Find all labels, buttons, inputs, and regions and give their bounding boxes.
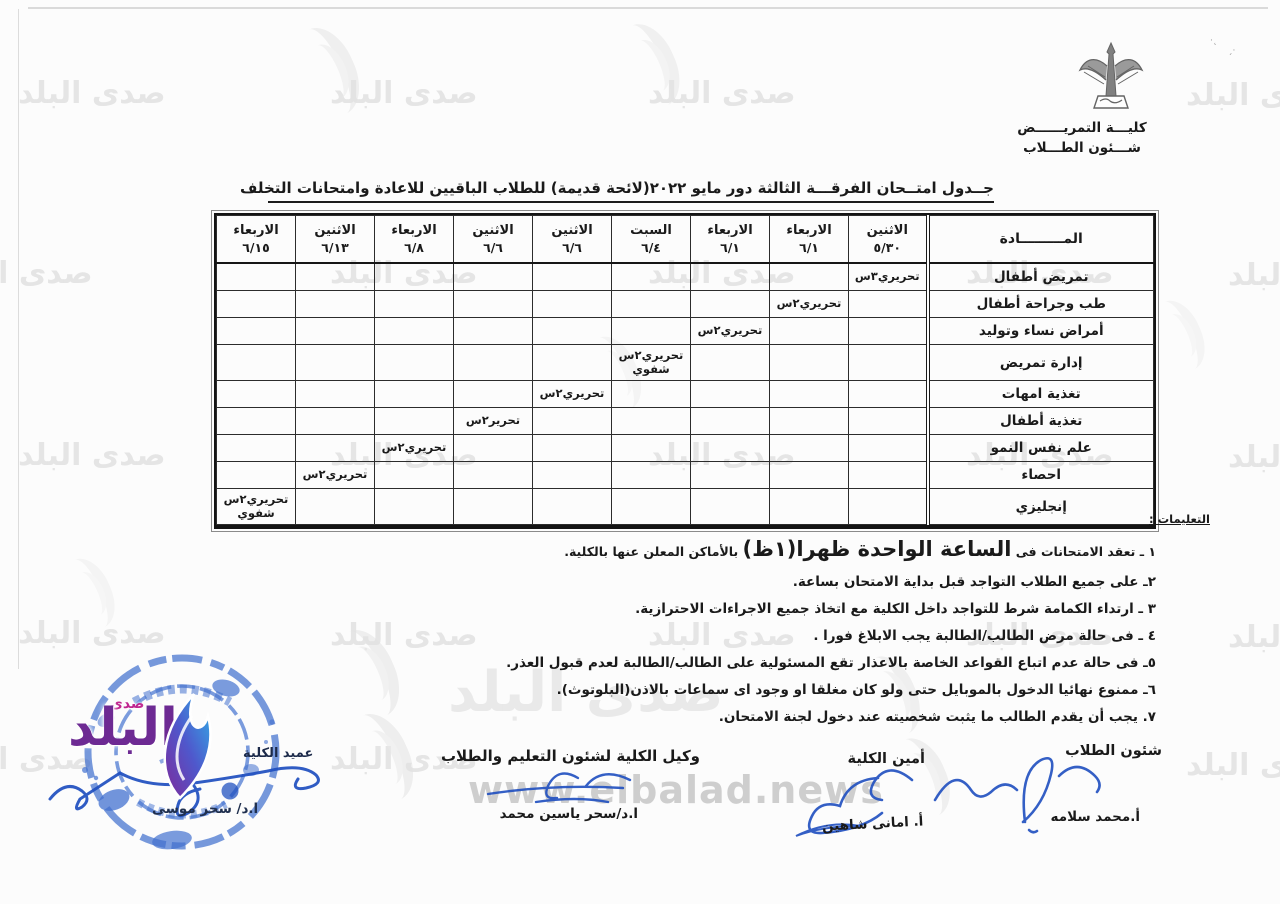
empty-cell: [612, 381, 691, 408]
watermark-text: صدى البلد: [1186, 748, 1280, 783]
subject-cell: إدارة تمريض: [928, 345, 1154, 381]
subject-cell: تغذية امهات: [928, 381, 1154, 408]
empty-cell: [296, 318, 375, 345]
empty-cell: [296, 345, 375, 381]
exam-session-cell: تحريري٢س: [375, 435, 454, 462]
empty-cell: [691, 345, 770, 381]
empty-cell: [217, 291, 296, 318]
exam-session-cell: تحريري٣س: [849, 263, 928, 291]
empty-cell: [612, 408, 691, 435]
subject-column-header: المـــــــــادة: [928, 216, 1154, 264]
subject-cell: احصاء: [928, 462, 1154, 489]
exam-session-cell: تحريري٢سشفوي: [612, 345, 691, 381]
empty-cell: [533, 345, 612, 381]
empty-cell: [296, 381, 375, 408]
empty-cell: [217, 318, 296, 345]
org-name-block: كليـــة التمريــــــض شـــئون الطـــلاب: [1012, 119, 1152, 158]
instruction-item: ٣ ـ ارتداء الكمامة شرط للتواجد داخل الكل…: [432, 601, 1156, 617]
subject-cell: تمريض أطفال: [928, 263, 1154, 291]
exam-table-header-row: المـــــــــادة الاثنين٥/٣٠الاربعاء٦/١ال…: [217, 216, 1154, 264]
empty-cell: [533, 462, 612, 489]
subject-row: أمراض نساء وتوليدتحريري٢س: [217, 318, 1154, 345]
empty-cell: [454, 263, 533, 291]
vice-dean-name: ا.د/سحر ياسين محمد: [500, 806, 638, 822]
subject-row: تغذية أطفالتحرير٢س: [217, 408, 1154, 435]
instruction-1-time-highlight: الساعة الواحدة ظهرا(١ظ): [743, 537, 1012, 561]
empty-cell: [217, 381, 296, 408]
scan-edge-top: [28, 7, 1268, 9]
empty-cell: [849, 318, 928, 345]
empty-cell: [533, 408, 612, 435]
empty-cell: [691, 291, 770, 318]
exam-session-cell: تحريري٢سشفوي: [217, 489, 296, 525]
empty-cell: [691, 435, 770, 462]
instructions-label: التعليمات :: [1149, 512, 1210, 526]
subject-row: تغذية امهاتتحريري٢س: [217, 381, 1154, 408]
day-column-header: الاثنين٦/١٣: [296, 216, 375, 264]
subject-cell: تغذية أطفال: [928, 408, 1154, 435]
empty-cell: [533, 318, 612, 345]
scan-speck: ·˛: [1210, 36, 1217, 46]
instructions-list: ٢ـ على جميع الطلاب التواجد قبل بداية الا…: [432, 574, 1156, 725]
watermark-text: صدى البلد: [18, 76, 166, 111]
sada-elbalad-logo: صدى البلد: [66, 680, 251, 805]
empty-cell: [612, 462, 691, 489]
empty-cell: [770, 345, 849, 381]
empty-cell: [375, 381, 454, 408]
instructions-block: ١ ـ تعقد الامتحانات فى الساعة الواحدة ظه…: [432, 537, 1156, 736]
empty-cell: [375, 489, 454, 525]
empty-cell: [770, 381, 849, 408]
empty-cell: [217, 435, 296, 462]
day-column-header: الاربعاء٦/١: [770, 216, 849, 264]
sada-elbalad-flame-icon: [154, 680, 218, 802]
empty-cell: [217, 345, 296, 381]
empty-cell: [454, 318, 533, 345]
empty-cell: [849, 345, 928, 381]
empty-cell: [533, 291, 612, 318]
empty-cell: [849, 408, 928, 435]
exam-session-cell: تحرير٢س: [454, 408, 533, 435]
instruction-1-pre: تعقد الامتحانات فى: [1011, 544, 1135, 559]
subject-cell: طب وجراحة أطفال: [928, 291, 1154, 318]
empty-cell: [691, 462, 770, 489]
empty-cell: [612, 263, 691, 291]
instruction-1-post: بالأماكن المعلن عنها بالكلية.: [564, 544, 742, 559]
watermark-text: صدى البلد: [18, 438, 166, 473]
empty-cell: [454, 381, 533, 408]
empty-cell: [454, 489, 533, 525]
watermark-text: صدى البلد: [0, 256, 93, 291]
empty-cell: [770, 489, 849, 525]
subject-cell: أمراض نساء وتوليد: [928, 318, 1154, 345]
day-column-header: الاثنين٦/٦: [533, 216, 612, 264]
empty-cell: [454, 291, 533, 318]
exam-session-cell: تحريري٢س: [296, 462, 375, 489]
empty-cell: [296, 291, 375, 318]
subject-row: تمريض أطفالتحريري٣س: [217, 263, 1154, 291]
day-column-header: الاربعاء٦/١٥: [217, 216, 296, 264]
instruction-item-1: ١ ـ تعقد الامتحانات فى الساعة الواحدة ظه…: [432, 537, 1156, 561]
empty-cell: [454, 435, 533, 462]
empty-cell: [296, 489, 375, 525]
empty-cell: [217, 462, 296, 489]
empty-cell: [691, 263, 770, 291]
subject-row: إنجليزيتحريري٢سشفوي: [217, 489, 1154, 525]
watermark-text: صدى البلد: [1228, 440, 1280, 475]
subject-row: علم نفس النموتحريري٢س: [217, 435, 1154, 462]
empty-cell: [454, 345, 533, 381]
empty-cell: [375, 408, 454, 435]
subject-row: طب وجراحة أطفالتحريري٢س: [217, 291, 1154, 318]
exam-table-body: تمريض أطفالتحريري٣سطب وجراحة أطفالتحريري…: [217, 263, 1154, 525]
exam-session-cell: تحريري٢س: [533, 381, 612, 408]
instruction-item: ٤ ـ فى حالة مرض الطالب/الطالبة يجب الابل…: [432, 628, 1156, 644]
instruction-1-number: ١ ـ: [1135, 544, 1156, 559]
day-column-header: السبت٦/٤: [612, 216, 691, 264]
day-column-header: الاربعاء٦/٨: [375, 216, 454, 264]
empty-cell: [533, 263, 612, 291]
day-column-header: الاربعاء٦/١: [691, 216, 770, 264]
subject-row: إدارة تمريضتحريري٢سشفوي: [217, 345, 1154, 381]
empty-cell: [217, 408, 296, 435]
document-title: جــدول امتــحان الفرقـــة الثالثة دور ما…: [268, 179, 994, 203]
empty-cell: [296, 408, 375, 435]
empty-cell: [612, 291, 691, 318]
empty-cell: [849, 489, 928, 525]
subject-cell: علم نفس النمو: [928, 435, 1154, 462]
empty-cell: [533, 435, 612, 462]
empty-cell: [296, 435, 375, 462]
college-secretary-signature: [780, 752, 935, 852]
empty-cell: [770, 318, 849, 345]
empty-cell: [375, 291, 454, 318]
empty-cell: [770, 408, 849, 435]
org-college-name: كليـــة التمريــــــض: [1012, 119, 1152, 139]
instruction-item: ٢ـ على جميع الطلاب التواجد قبل بداية الا…: [432, 574, 1156, 590]
instruction-item: ٥ـ فى حالة عدم اتباع القواعد الخاصة بالا…: [432, 655, 1156, 671]
subject-row: احصاءتحريري٢س: [217, 462, 1154, 489]
day-column-header: الاثنين٦/٦: [454, 216, 533, 264]
exam-session-cell: تحريري٢س: [691, 318, 770, 345]
empty-cell: [533, 489, 612, 525]
watermark-text: صدى البلد: [1228, 258, 1280, 293]
instruction-item: ٧. يجب أن يقدم الطالب ما يثبت شخصيته عند…: [432, 709, 1156, 725]
org-dept-name: شـــئون الطـــلاب: [1012, 139, 1152, 159]
student-affairs-name: أ.محمد سلامه: [1051, 809, 1140, 825]
empty-cell: [612, 489, 691, 525]
empty-cell: [217, 263, 296, 291]
empty-cell: [849, 381, 928, 408]
university-emblem-icon: [1076, 40, 1146, 124]
exam-schedule-table-wrap: المـــــــــادة الاثنين٥/٣٠الاربعاء٦/١ال…: [214, 213, 1156, 529]
empty-cell: [849, 435, 928, 462]
scanned-document-page: ·˛ ˏ· صدى البلدصدى البلدصدى البلدصدى الب…: [0, 0, 1280, 904]
empty-cell: [849, 291, 928, 318]
empty-cell: [375, 263, 454, 291]
empty-cell: [375, 462, 454, 489]
empty-cell: [296, 263, 375, 291]
empty-cell: [691, 489, 770, 525]
empty-cell: [770, 462, 849, 489]
empty-cell: [612, 318, 691, 345]
empty-cell: [612, 435, 691, 462]
empty-cell: [375, 345, 454, 381]
empty-cell: [770, 435, 849, 462]
watermark-text: صدى البلد: [1228, 620, 1280, 655]
empty-cell: [375, 318, 454, 345]
empty-cell: [770, 263, 849, 291]
empty-cell: [691, 408, 770, 435]
instruction-item: ٦ـ ممنوع نهائيا الدخول بالموبايل حتى ولو…: [432, 682, 1156, 698]
scan-speck: ˏ·: [1228, 46, 1235, 56]
subject-cell: إنجليزي: [928, 489, 1154, 525]
day-column-header: الاثنين٥/٣٠: [849, 216, 928, 264]
empty-cell: [691, 381, 770, 408]
exam-session-cell: تحريري٢س: [770, 291, 849, 318]
exam-schedule-table: المـــــــــادة الاثنين٥/٣٠الاربعاء٦/١ال…: [216, 215, 1154, 525]
empty-cell: [849, 462, 928, 489]
watermark-text: صدى البلد: [1186, 78, 1280, 113]
empty-cell: [454, 462, 533, 489]
